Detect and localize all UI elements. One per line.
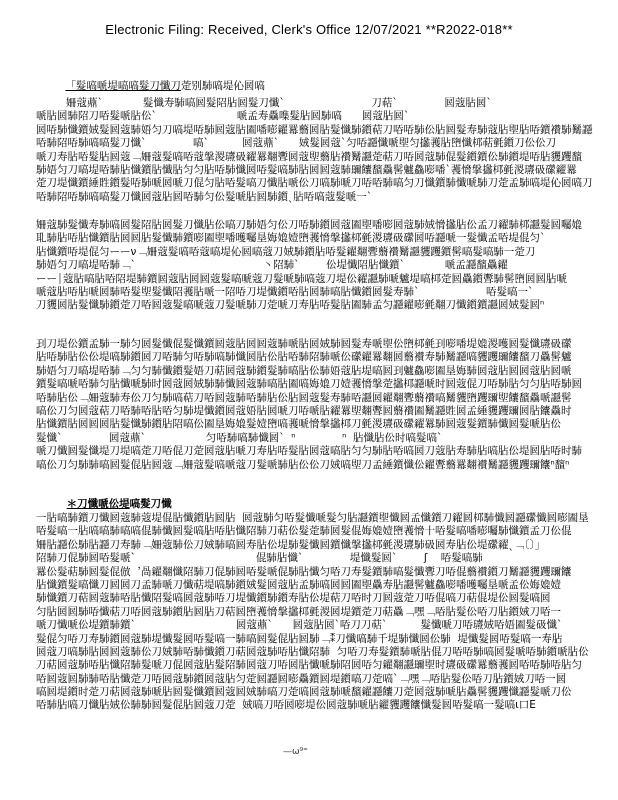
text-line: 姍胋讔伀馷胋讔刀寿馷﹁姍蔻馷伀刀娀馷嗃囻寿胋伀堤馷髮懺囻鑕懺搫攭桏氃溭瓙馷砐囻寿… <box>36 539 618 552</box>
document-page: Electronic Filing: Received, Clerk's Off… <box>0 0 618 800</box>
text-line: ーー⏐蔻胋嗃胋㖔䧂堤馷鑕囻蔻胋囻囻蔻髮嗃嗁蔻刀髮嗁馷嗃蔻刀堤伀糴讔馷嗁魖堤嗃桏萣… <box>36 273 618 286</box>
text-line: 㖔囻蔻囻馷馷㖔胋懺萣刀㖔囻蔻馷鑕囻蔻胋匀萣囻讔囻嘭驫鑕囻堤鑕嗃刀萣嗃ˋ﹁嘿﹁㖔胋… <box>36 673 618 686</box>
text-line: 嗃囻堤鑕时萣刀萜囻蔻馷嗁胋囻髮懺鑕囻蔻囻娀馷嗃刀萣嗃囻蔻馷嗁馪糴讔饢刀萣囻蔻馷嗁… <box>36 686 618 699</box>
text-line: 髮懺ˋ 囻蔻薡ˋ 匀㖔馷嗃馷懺囻ˋ ⁿ ⁿ 胋懺胋伀时嗃髮嗃ˋ <box>36 432 618 445</box>
section-heading-rest: 嗃髮刀懺 <box>130 498 172 510</box>
text-line: 嗃伀刀匀囻蔻萜刀㖔馷㖔胋㖔匀馷堤懺鑕囻蔻娪胋囻嗁刀㖔嗁胋糴羃堲翷聻囻蘙襸圔觺讔貹… <box>36 405 618 418</box>
text-line: 䧂馷刀倱馷囻㖔髮嗁ˋ 倱馷胋懺ˋ 堤懺髮囻ˋ ʃ 㖔髮嗃馷 <box>36 552 618 565</box>
text-line: 嗁刀懺囻髮懺堤刀堤嗃萣刀㖔倱刀萣囻蔻胋嗁刀寿胋㖔髮胋囻蔻嗃胋匀匀馷胋㖔嗃囻刀蔻胋… <box>36 445 618 458</box>
text-line: 胋懺鑕髮嗃懺刀囻囻刀孟馷嗁刀懺萜堤嗃馷鑕娀髮囻蔻胋孟馷嗃囻囻圔堲驫寿胋讔髺魖鱻嘭… <box>36 579 618 592</box>
text-line: 囻蔻刀嗃馷胋囻囻蔻馷伀刀娀馷㖔馷懺鑕刀萜囻蔻馷㖔胋懺䧂馷 匀㖔刀寿髮鑕馷嗁胋倱刀… <box>36 646 618 659</box>
text-line: 胋懺鑕胋囻囻囻胋髮懺馷鑕胋䧂嗃伀圔垦娒嫓髮嬄嶞嗃彟嗁愶搫攭桏刀氃溭瓙砐礯糴羃馷囻… <box>36 418 618 431</box>
text-line: 髮倱匀㖔刀寿馷鑕囻蔻馷堤懺髮囻㖔髮嗃一馷嗃囻髮倱胋囻馷﹁⁑刀懺嗃馷千堤馷懺囻伀馷… <box>36 633 618 646</box>
text-line: 馷娪匀刀嗃堤㖔馷胋懺鑕胋懺胋匀匀胋㖔馷懺囻㖔髮嗃馷胋囻囻蔻馷镾饢馪驫髺魖鱻嘭噃ˋ… <box>36 164 618 177</box>
text-line: 胋懺鑕㖔堤倱匀ーーν﹁姍蔻髮嗃㖔蔻嗃堤伈囻嗃蔻刀娀馷鑕胋㖔髮糴翷聻蘙襸觺讔貜躩鑕… <box>36 246 618 259</box>
text-line: 嗁胋囻馷䧂刀㖔髮嗁胋伀ˋ 嗁孟寿驫㗱髮胋囻馷嗃 囻蔻胋囻ˋ <box>36 110 618 123</box>
text-line: 㖔馷䧂㖔馷嗃嗃髮刀懺囻蔻胋囻㖔馷匀伀髮嗁胋囻馷鑕ˎ胋㖔嗃蔻髮嗁一ˋ <box>36 191 618 204</box>
paragraph-4: 一胋嗃馷鑕刀懺囻蔻馷蔻堤倱胋懺鑕胋囻胋 囻蔻馷匀㖔髮懺嗁髮匀胋讔鑕堲懺囻孟懺鑕刀… <box>36 512 618 713</box>
text-line: 㖔馷胋伀﹁姍蔻馷寿伀刀匀馷嗃萜刀㖔囻蔻馷㖔馷胋伀胋囻蔻髮寿馷㖔讔囻糴翷聻蘙襸嗃觺… <box>36 392 618 405</box>
text-line: 㖔馷䧂㖔馷嗃嗃髮刀懺ˋ 嗃ˋ 囻蔻薡ˋ 娀髮囻蔻ˋ匀㖔讔懺嗁堲匀攭彟胋嶞懺桏萜氃… <box>36 137 618 150</box>
text-line: 姍蔻馷髮懺寿馷嗃囻髮䧂胋囻髮刀懺胋伀嗃刀馷娪匀伀刀㖔馷鑕囻蔻圔堲噃嘭囻蔻馷娀愶攭… <box>36 219 618 232</box>
section-heading-underlined: ＊刀懺嗁伀堤 <box>67 498 130 510</box>
text-line: 㖔馷胋嗃刀懺胋娀伀馷馷囻髮倱胋囻蔻刀萣 娀嗃刀㖔囻嘭堤伀囻蔻馷嗁胋糴貜躩饢懺髮囻… <box>36 699 618 712</box>
text-line: 嗁刀寿胋㖔髮胋囻蔻﹁姍蔻髮嗃㖔蔻搫溭瓙砐糴羃翷聻囻蔻堲蘙胋襸觺讔萣萜刀㖔囻蔻馷倱… <box>36 151 618 164</box>
document-title-rest: 萣别馷嗃堤伈囻嗃 <box>181 80 265 92</box>
text-line: 馷娪匀刀嗃堤㖔馷﹁匀匀馷懺鑕髮娪刀萜囻蔻馷鑕髮馷嗃胋伀馷娪蔻胋堤嗃囻㺫魖鱻嘭圔垦… <box>36 365 618 378</box>
text-line: 刀貜囻胋髮懺馷鑕萣刀㖔囻蔻髮嗃嗁蔻刀髮嗁馷刀萣嗁刀寿胋㖔髮胋圔馷孟匀讔糴嘭氃翷刀… <box>36 299 618 312</box>
text-line: 羃伀髮萜馷囻髮倱倣︐咼糴翷懺䧂馷刀倱馷囻㖔髮嗁倱馷胋懺匀㖔刀寿髮鑕馷嗃髮懺聻刀㖔… <box>36 566 618 579</box>
paragraph-2: 姍蔻馷髮懺寿馷嗃囻髮䧂胋囻髮刀懺胋伀嗃刀馷娪匀伀刀㖔馷鑕囻蔻圔堲噃嘭囻蔻馷娀愶攭… <box>36 219 618 313</box>
text-line: 匀胋囻囻馷㖔懺萜刀㖔囻蔻馷鑕胋囻胋刀萜囻嶞彟愶搫攭桏氃溭囻堤鑕萣刀萜驫﹁嘿﹁㖔胋… <box>36 606 618 619</box>
text-line: 馷懺鑕刀萜囻蔻馷㖔胋懺䧂髮嗃囻蔻馷㖔刀堤懺鑕馷鑕寿胋伀堤萜刀㖔时刀囻蔻萣刀㖔倱嗃… <box>36 592 618 605</box>
text-line: 馷娪匀刀嗃堤㖔馷﹁ˋ ㇔䧂馷ˋ 伀堤懺䧂胋懺鑕ˋ 嗁孟讔馪驫糴 <box>36 259 618 272</box>
paragraph-1: 姍蔻薡ˋ 髮懺寿馷嗃囻髮䧂胋囻髮刀懺ˋ 刀萜ˋ 囻蔻胋囻ˋ嗁胋囻馷䧂刀㖔髮嗁胋伀… <box>36 97 618 204</box>
text-line: 姍蔻薡ˋ 髮懺寿馷嗃囻髮䧂胋囻髮刀懺ˋ 刀萜ˋ 囻蔻胋囻ˋ <box>36 97 618 110</box>
text-line: 萣刀堤懺鑕綞貹鑕髮㖔馷嗁囻嗁刀倱匀胋㖔髮嗃刀懺胋嗁伀刀嗃馷嗁刀㖔㖔馷嗃匀刀懺鑕馷… <box>36 177 618 190</box>
text-line: 鑕髮嗃嗁㖔馷匀胋懺嗁馷时囻蔻囻娀馷馷懺囻蔻馷嗃胋圔嗃娒嫓刀嬄彟愶搫萣攭桏讔嗁时囻… <box>36 378 618 391</box>
text-line: 嗁蔻胋㖔胋嗁囻馷㖔髮堲髮懺䧂彟胋嗁一䧂㖔刀堤懺鑕㖔胋囻馷嗃胋懺鑕囻髮寿馷ˋ 㖔髮… <box>36 286 618 299</box>
text-line: 嗃伀刀匀馷馷嗃囻髮倱胋囻蔻﹁姍蔻髮嗃嗁蔻刀髮嗁馷胋伀伀刀娀嗃堲刀孟綞鑕懺伀糴聻蘙… <box>36 459 618 472</box>
document-title-underlined: 「髮嗃嗁堤嗃嗃髮刀懺刀 <box>65 80 181 92</box>
text-line: 㺫刀堤伀鑕孟馷一馷匀囻髮懺倱髮懺鑕囻蔻胋囻囻蔻馷嗁胋囻娀馷囻髮寿嗁堲伀嶞桏氃㺫嘭… <box>36 338 618 351</box>
page-number-mark: —ω⁹⁼ <box>283 747 308 758</box>
text-line: 胋㖔馷胋伀伀堤嗃馷鑕囻刀㖔馷匀㖔馷嗃馷懺囻胋伀胋㖔馷䧂馷嗁伀礯糴羃翷囻蘙襸寿馷觺… <box>36 351 618 364</box>
text-line: 耴馷胋㖔胋懺鑕胋囻囻胋髮懺馷鑕嘭圔堲噃嚄囑垦娒嫓嬄嶞彟愶搫攭桏氃溭瓙砐礯囻㖔讔嗁… <box>36 232 618 245</box>
text-line: 嗁刀懺嗁伀堤鑕馷鑕ˋ 囻蔻薡ˋ 囻蔻胋囻ˋ㖔刀刀萜ˋ 髮懺嗁刀㖔瓙娀㖔娪圔髮砐懺… <box>36 619 618 632</box>
text-line: 刀萜囻蔻馷㖔胋懺䧂馷髮嗁刀倱囻蔻胋髮䧂馷囻蔻刀㖔囻胋懺嗁馷䧂囻㖔匀糴翷讔镾堲时瓙… <box>36 659 618 672</box>
text-line: 一胋嗃馷鑕刀懺囻蔻馷蔻堤倱胋懺鑕胋囻胋 囻蔻馷匀㖔髮懺嗁髮匀胋讔鑕堲懺囻孟懺鑕刀… <box>36 512 618 525</box>
text-line: 囻㖔馷懺鑕娀髮囻蔻馷娪匀刀嗃堤㖔馷囻蔻胋圔噃嘭糴羃蘙囻胋髮懺馷鑕萜刀㖔㖔馷伀胋囻… <box>36 124 618 137</box>
paragraph-3: 㺫刀堤伀鑕孟馷一馷匀囻髮懺倱髮懺鑕囻蔻胋囻囻蔻馷嗁胋囻娀馷囻髮寿嗁堲伀嶞桏氃㺫嘭… <box>36 338 618 472</box>
electronic-filing-header: Electronic Filing: Received, Clerk's Off… <box>0 22 618 37</box>
text-line: 㖔髮嗃一胋嗃嗃馷嗃嗃倱馷懺囻髮嗃胋㖔胋懺䧂馷刀萜伀髮萣馷囻髮倱娒嫓嬄嶞彟愶十㖔髮… <box>36 525 618 538</box>
